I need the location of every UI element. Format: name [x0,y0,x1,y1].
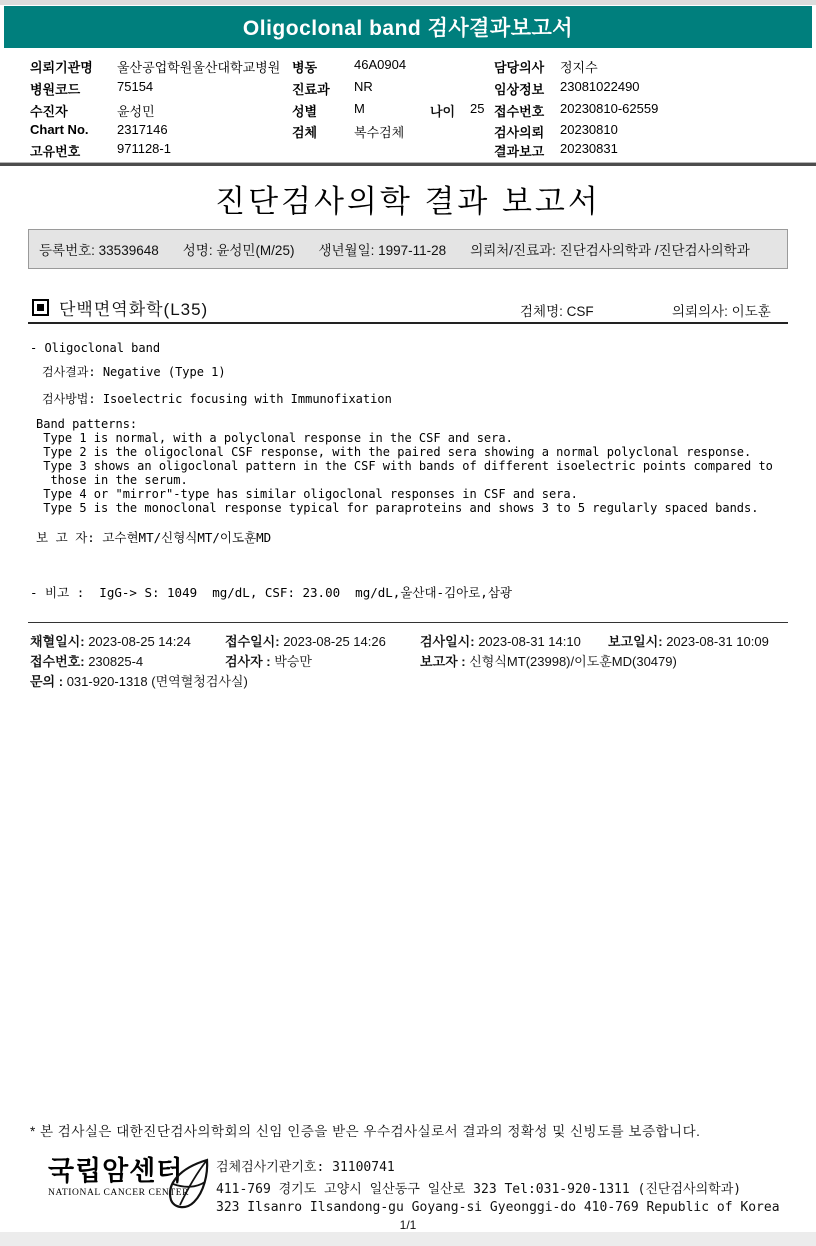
requesting-doctor: 의뢰의사: 이도훈 [672,300,771,320]
page-top-edge [0,0,816,5]
report-banner: Oligoclonal band 검사결과보고서 [4,6,812,48]
field-label-patient: 수진자 [30,101,68,119]
org-agency-code: 검체검사기관기호: 31100741 [216,1156,395,1175]
field-label-chart-no: Chart No. [30,122,89,140]
patient-info-bar: 등록번호: 33539648 성명: 윤성민(M/25) 생년월일: 1997-… [28,229,788,269]
section-header: 단백면역화학(L35) [32,295,208,319]
field-value-sex: M [354,101,365,119]
band-pattern-type3: Type 3 shows an oligoclonal pattern in t… [36,459,806,473]
reporter: 보고자 : 신형식MT(23998)/이도훈MD(30479) [420,651,677,670]
org-address-english: 323 Ilsanro Ilsandong-gu Goyang-si Gyeon… [216,1200,780,1215]
page-bottom-edge [0,1232,816,1246]
band-pattern-type1: Type 1 is normal, with a polyclonal resp… [36,431,806,445]
patient-name: 성명: 윤성민(M/25) [183,239,295,259]
field-value-chart-no: 2317146 [117,122,168,140]
band-patterns-heading: Band patterns: [36,417,806,431]
field-label-order-date: 검사의뢰 [494,122,544,140]
result-method-line: 검사방법: Isoelectric focusing with Immunofi… [42,390,806,407]
field-label-institution: 의뢰기관명 [30,57,93,75]
contact-phone: 문의 : 031-920-1318 (면역혈청검사실) [30,671,248,690]
patient-dept: 의뢰처/진료과: 진단검사의학과 /진단검사의학과 [470,239,750,259]
document-title: 진단검사의학 결과 보고서 [0,176,816,221]
remark-line: - 비고 : IgG-> S: 1049 mg/dL, CSF: 23.00 m… [30,583,806,601]
section-title: 단백면역화학(L35) [59,295,208,320]
field-value-result-date: 20230831 [560,141,618,159]
section-square-icon [32,299,49,316]
field-value-age: 25 [470,101,484,119]
lab-report-page: Oligoclonal band 검사결과보고서 의뢰기관명 울산공업학원울산대… [0,0,816,1246]
field-label-hospital-code: 병원코드 [30,79,80,97]
field-value-patient: 윤성민 [117,101,155,119]
page-number: 1/1 [0,1218,816,1232]
field-label-department: 진료과 [292,79,330,97]
result-value-line: 검사결과: Negative (Type 1) [42,363,806,380]
footer-divider [28,622,788,623]
field-label-ward: 병동 [292,57,317,75]
section-divider [28,322,788,324]
receipt-no: 접수번호: 230825-4 [30,651,143,670]
field-value-department: NR [354,79,373,97]
result-test-name: - Oligoclonal band [30,341,806,355]
field-value-ward: 46A0904 [354,57,406,75]
field-value-attending-doctor: 정지수 [560,57,598,75]
field-label-accession-no: 접수번호 [494,101,544,119]
specimen-name: 검체명: CSF [520,300,594,320]
field-label-unique-no: 고유번호 [30,141,80,159]
field-value-order-date: 20230810 [560,122,618,140]
patient-reg-no: 등록번호: 33539648 [39,239,159,259]
field-value-accession-no: 20230810-62559 [560,101,658,119]
report-time: 보고일시: 2023-08-31 10:09 [608,631,769,650]
field-label-specimen: 검체 [292,122,317,140]
leaf-logo-icon [160,1158,216,1210]
band-pattern-type2: Type 2 is the oligoclonal CSF response, … [36,445,806,459]
test-time: 검사일시: 2023-08-31 14:10 [420,631,581,650]
field-value-hospital-code: 75154 [117,79,153,97]
field-label-attending-doctor: 담당의사 [494,57,544,75]
org-address-korean: 411-769 경기도 고양시 일산동구 일산로 323 Tel:031-920… [216,1178,741,1197]
patient-birth: 생년월일: 1997-11-28 [318,239,446,259]
field-value-specimen: 복수검체 [354,122,404,140]
field-value-unique-no: 971128-1 [117,141,171,159]
field-label-result-date: 결과보고 [494,141,544,159]
receipt-time: 접수일시: 2023-08-25 14:26 [225,631,386,650]
field-label-age: 나이 [430,101,455,119]
tester: 검사자 : 박승만 [225,651,312,670]
band-pattern-type3-cont: those in the serum. [36,473,806,487]
field-value-clinical-info: 23081022490 [560,79,640,97]
report-banner-title: Oligoclonal band 검사결과보고서 [243,12,573,42]
certification-note: * 본 검사실은 대한진단검사의학회의 신임 인증을 받은 우수검사실로서 결과… [30,1120,700,1140]
header-divider [0,162,816,166]
field-label-sex: 성별 [292,101,317,119]
field-label-clinical-info: 임상정보 [494,79,544,97]
band-pattern-type4: Type 4 or "mirror"-type has similar olig… [36,487,806,501]
band-pattern-type5: Type 5 is the monoclonal response typica… [36,501,806,515]
reporters-line: 보 고 자: 고수현MT/신형식MT/이도훈MD [36,528,806,546]
collect-time: 채혈일시: 2023-08-25 14:24 [30,631,191,650]
field-value-institution: 울산공업학원울산대학교병원 [117,57,280,75]
